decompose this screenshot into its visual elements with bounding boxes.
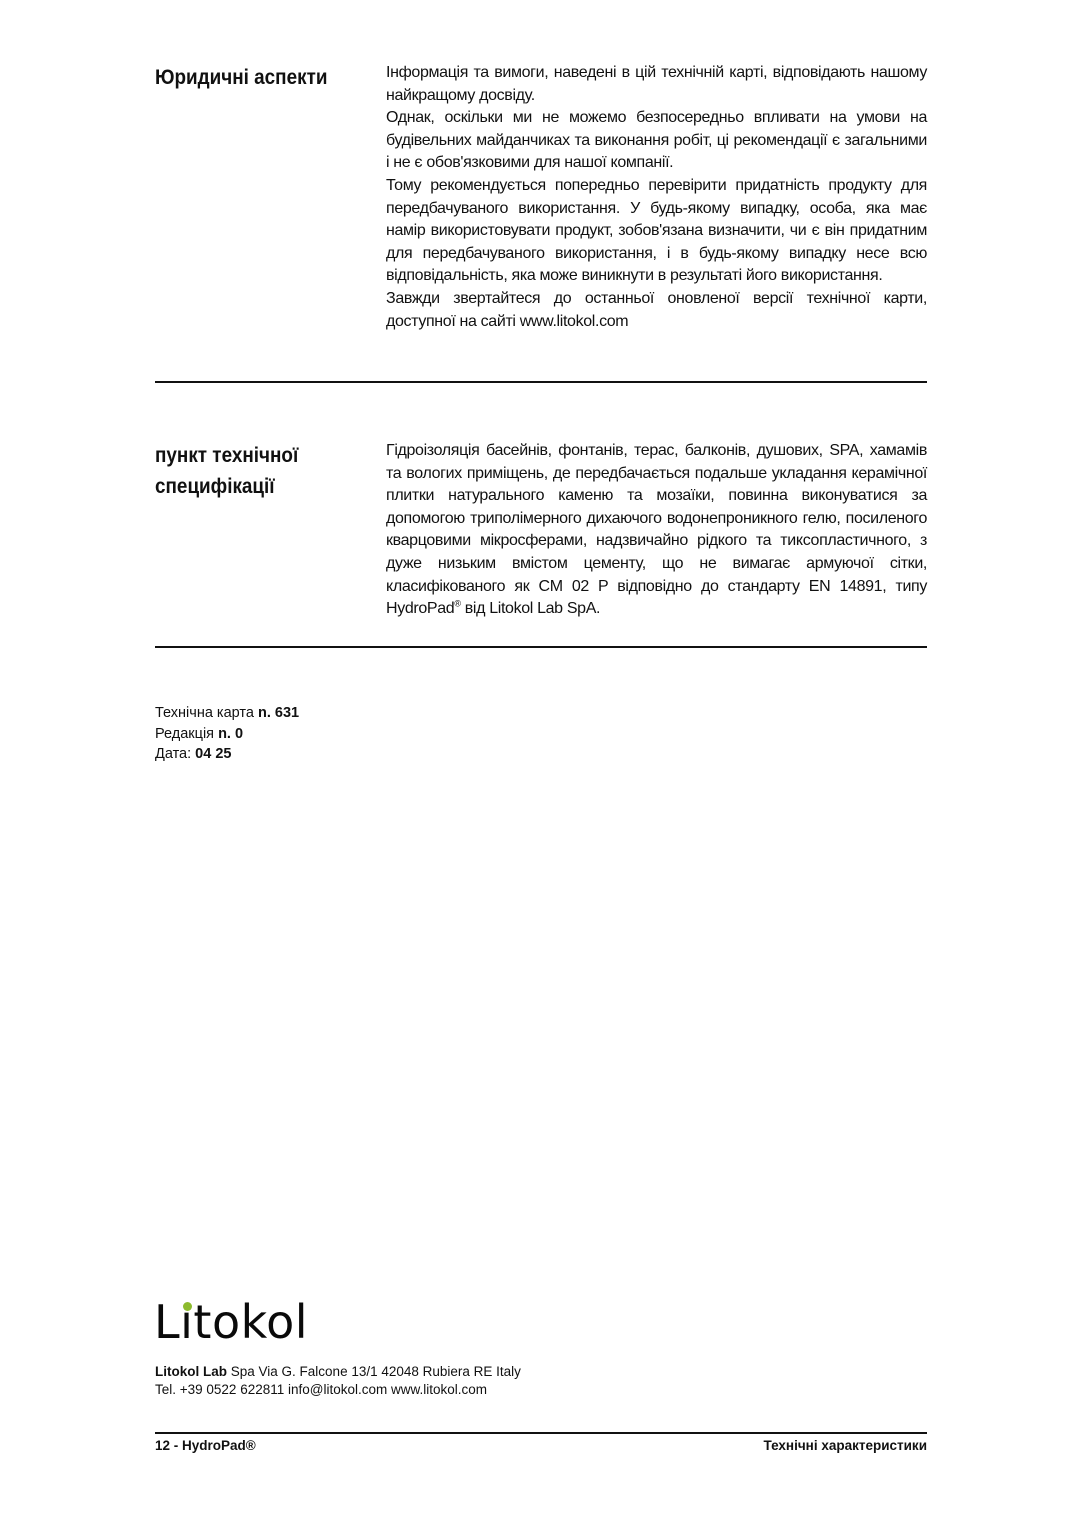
litokol-logo: Lıtokol (154, 1297, 308, 1347)
edition-number: Редакція n. 0 (155, 724, 299, 745)
logo-letter-l: L (154, 1295, 180, 1349)
legal-paragraph: Інформація та вимоги, наведені в цій тех… (386, 62, 927, 107)
spec-section-body: Гідроізоляція басейнів, фонтанів, терас,… (386, 440, 927, 621)
logo-green-dot-icon (183, 1302, 192, 1311)
footer-section-label: Технічні характеристики (764, 1438, 927, 1453)
logo-letter-i: ı (180, 1297, 193, 1347)
edition-label: Редакція (155, 726, 218, 742)
spec-section-title: пункт технічної специфікації (155, 440, 349, 502)
spec-section: пункт технічної специфікації Гідроізоляц… (155, 440, 927, 630)
legal-paragraph: Тому рекомендується попередньо перевірит… (386, 175, 927, 288)
spec-text-end: від Litokol Lab SpA. (461, 600, 600, 617)
legal-section: Юридичні аспекти Інформація та вимоги, н… (155, 62, 927, 362)
legal-section-title: Юридичні аспекти (155, 62, 349, 93)
card-value: n. 631 (258, 705, 299, 721)
footer-page-label: 12 - HydroPad® (155, 1438, 256, 1453)
card-number: Технічна карта n. 631 (155, 703, 299, 724)
date-value: 04 25 (195, 746, 231, 762)
spec-text: Гідроізоляція басейнів, фонтанів, терас,… (386, 442, 927, 617)
edition-value: n. 0 (218, 726, 243, 742)
legal-paragraph: Завжди звертайтеся до останньої оновлено… (386, 288, 927, 333)
address-street: Spa Via G. Falcone 13/1 42048 Rubiera RE… (227, 1364, 521, 1379)
footer-divider (155, 1432, 927, 1434)
logo-text-rest: tokol (193, 1295, 308, 1349)
legal-paragraph: Однак, оскільки ми не можемо безпосередн… (386, 107, 927, 175)
section-divider (155, 381, 927, 383)
address-line1: Litokol Lab Spa Via G. Falcone 13/1 4204… (155, 1363, 521, 1381)
company-name: Litokol Lab (155, 1364, 227, 1379)
card-label: Технічна карта (155, 705, 258, 721)
legal-section-body: Інформація та вимоги, наведені в цій тех… (386, 62, 927, 333)
spec-title-line1: пункт технічної (155, 444, 298, 467)
document-date: Дата: 04 25 (155, 744, 299, 765)
document-meta: Технічна карта n. 631 Редакція n. 0 Дата… (155, 703, 299, 765)
address-line2: Tel. +39 0522 622811 info@litokol.com ww… (155, 1381, 521, 1399)
spec-title-line2: специфікації (155, 475, 275, 498)
section-divider (155, 646, 927, 648)
company-address: Litokol Lab Spa Via G. Falcone 13/1 4204… (155, 1363, 521, 1399)
spec-paragraph: Гідроізоляція басейнів, фонтанів, терас,… (386, 440, 927, 621)
date-label: Дата: (155, 746, 195, 762)
